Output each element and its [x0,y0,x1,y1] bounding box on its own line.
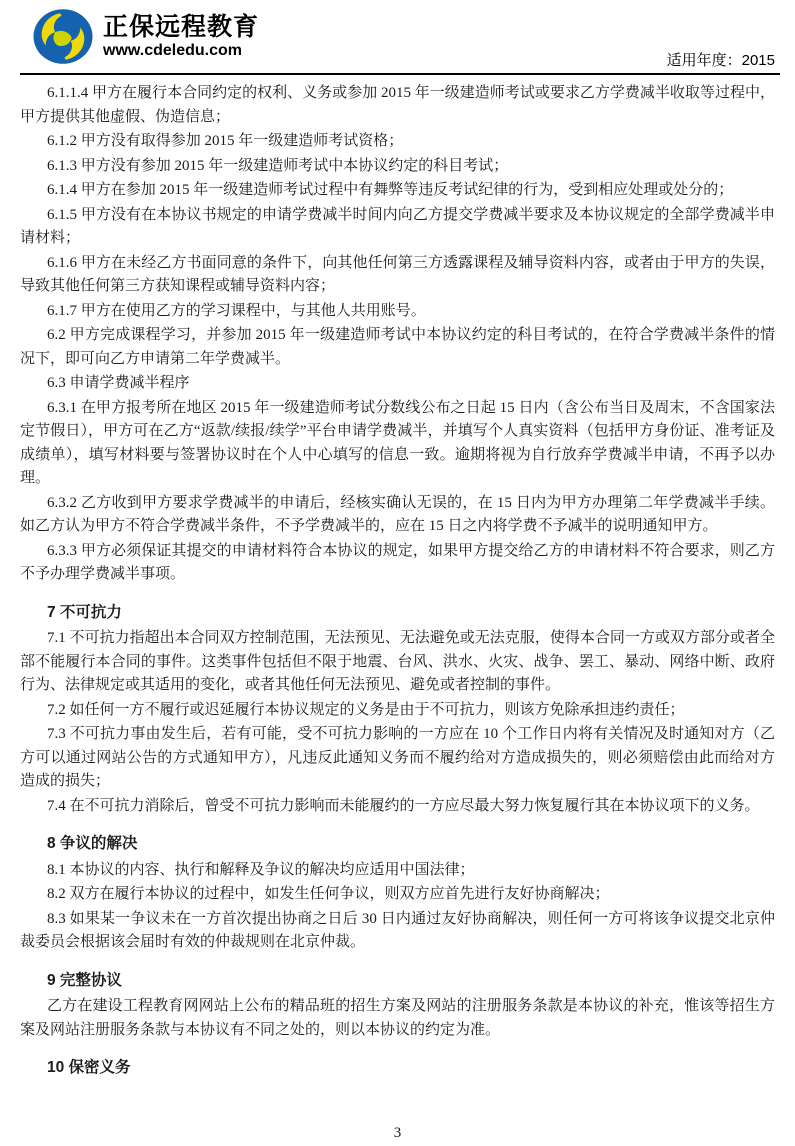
section-heading: 10 保密义务 [20,1056,775,1080]
clause-paragraph: 7.2 如任何一方不履行或迟延履行本协议规定的义务是由于不可抗力，则该方免除承担… [20,699,775,723]
brand-block: 正保远程教育 www.cdeledu.com [33,8,777,65]
brand-url: www.cdeledu.com [103,41,259,60]
section-heading: 7 不可抗力 [20,601,775,625]
section-heading: 8 争议的解决 [20,832,775,856]
clause-paragraph: 6.1.3 甲方没有参加 2015 年一级建造师考试中本协议约定的科目考试； [20,155,775,179]
page-header: 正保远程教育 www.cdeledu.com 适用年度：2015 [33,8,777,72]
swirl-globe-icon [33,8,93,65]
clause-paragraph: 6.3.3 甲方必须保证其提交的申请材料符合本协议的规定，如果甲方提交给乙方的申… [20,540,775,587]
clause-paragraph: 8.2 双方在履行本协议的过程中，如发生任何争议，则双方应首先进行友好协商解决； [20,883,775,907]
clause-paragraph: 6.1.4 甲方在参加 2015 年一级建造师考试过程中有舞弊等违反考试纪律的行… [20,179,775,203]
applicable-year-label: 适用年度：2015 [667,49,775,70]
clause-paragraph: 6.2 甲方完成课程学习，并参加 2015 年一级建造师考试中本协议约定的科目考… [20,324,775,371]
brand-text: 正保远程教育 www.cdeledu.com [103,13,259,60]
header-divider [20,73,780,75]
clause-paragraph: 乙方在建设工程教育网网站上公布的精品班的招生方案及网站的注册服务条款是本协议的补… [20,995,775,1042]
clause-paragraph: 6.3.2 乙方收到甲方要求学费减半的申请后，经核实确认无误的，在 15 日内为… [20,492,775,539]
clause-paragraph: 6.1.7 甲方在使用乙方的学习课程中，与其他人共用账号。 [20,300,775,324]
clause-paragraph: 6.1.2 甲方没有取得参加 2015 年一级建造师考试资格； [20,130,775,154]
page-number: 3 [0,1125,795,1142]
clause-paragraph: 6.3 申请学费减半程序 [20,372,775,396]
clause-paragraph: 6.1.5 甲方没有在本协议书规定的申请学费减半时间内向乙方提交学费减半要求及本… [20,204,775,251]
clause-paragraph: 6.3.1 在甲方报考所在地区 2015 年一级建造师考试分数线公布之日起 15… [20,397,775,491]
clause-paragraph: 7.4 在不可抗力消除后，曾受不可抗力影响而未能履约的一方应尽最大努力恢复履行其… [20,795,775,819]
clause-paragraph: 7.1 不可抗力指超出本合同双方控制范围，无法预见、无法避免或无法克服，使得本合… [20,627,775,698]
contract-document-page: 正保远程教育 www.cdeledu.com 适用年度：2015 6.1.1.4… [0,0,795,1146]
document-body: 6.1.1.4 甲方在履行本合同约定的权利、义务或参加 2015 年一级建造师考… [20,82,775,1083]
clause-paragraph: 6.1.6 甲方在未经乙方书面同意的条件下，向其他任何第三方透露课程及辅导资料内… [20,252,775,299]
clause-paragraph: 8.1 本协议的内容、执行和解释及争议的解决均应适用中国法律； [20,859,775,883]
section-heading: 9 完整协议 [20,969,775,993]
clause-paragraph: 8.3 如果某一争议未在一方首次提出协商之日后 30 日内通过友好协商解决，则任… [20,908,775,955]
clause-paragraph: 6.1.1.4 甲方在履行本合同约定的权利、义务或参加 2015 年一级建造师考… [20,82,775,129]
clause-paragraph: 7.3 不可抗力事由发生后，若有可能，受不可抗力影响的一方应在 10 个工作日内… [20,723,775,794]
brand-name: 正保远程教育 [103,13,259,41]
